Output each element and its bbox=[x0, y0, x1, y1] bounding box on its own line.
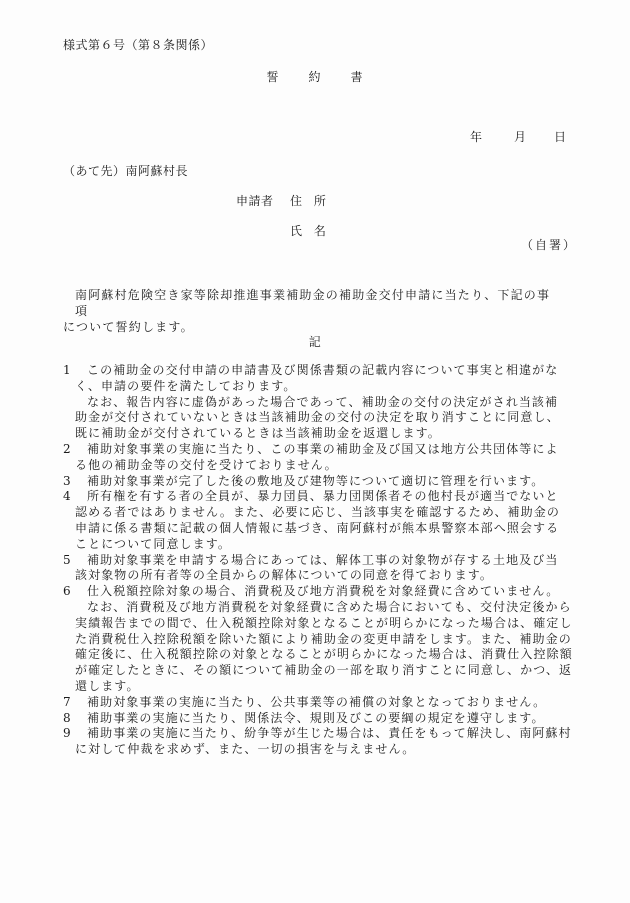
item-text: 補助対象事業の実施に当たり、公共事業等の補償の対象となっておりません。 bbox=[87, 695, 546, 709]
list-item-line: 実績報告までの間で、仕入税額控除対象となることが明らかになった場合は、確定し bbox=[63, 616, 573, 632]
list-item-line: 還します。 bbox=[63, 679, 573, 695]
item-number: 2 bbox=[63, 442, 87, 458]
item-text: く、申請の要件を満たしております。 bbox=[75, 379, 297, 393]
list-item-line: 9補助事業の実施に当たり、紛争等が生じた場合は、責任をもって解決し、南阿蘇村 bbox=[63, 726, 573, 742]
item-number: 1 bbox=[63, 363, 87, 379]
item-text: ことについて同意します。 bbox=[75, 537, 231, 551]
list-item-line: く、申請の要件を満たしております。 bbox=[63, 379, 573, 395]
item-text: 補助事業の実施に当たり、関係法令、規則及びこの要綱の規定を遵守します。 bbox=[87, 711, 545, 725]
list-item-line: が確定したときに、その額について補助金の一部を取り消すことに同意し、かつ、返 bbox=[63, 663, 573, 679]
list-item-line: 5補助対象事業を申請する場合にあっては、解体工事の対象物が存する土地及び当 bbox=[63, 553, 573, 569]
item-text: 仕入税額控除対象の場合、消費税及び地方消費税を対象経費に含めていません。 bbox=[87, 584, 559, 598]
intro-paragraph: 南阿蘇村危険空き家等除却推進事業補助金の補助金交付申請に当たり、下記の事項 につ… bbox=[63, 287, 563, 335]
list-item-line: 2補助対象事業の実施に当たり、この事業の補助金及び国又は地方公共団体等によ bbox=[63, 442, 573, 458]
list-item-line: 既に補助金が交付されているときは当該補助金を返還します。 bbox=[63, 426, 573, 442]
item-number: 3 bbox=[63, 474, 87, 490]
list-item-line: に対して仲裁を求めず、また、一切の損害を与えません。 bbox=[63, 742, 573, 758]
item-text: 既に補助金が交付されているときは当該補助金を返還します。 bbox=[75, 426, 441, 440]
item-text: る他の補助金等の交付を受けておりません。 bbox=[75, 458, 338, 472]
address-label: 住 所 bbox=[290, 192, 330, 209]
item-number: 8 bbox=[63, 711, 87, 727]
pledge-items-list: 1この補助金の交付申請の申請書及び関係書類の記載内容について事実と相違がなく、申… bbox=[63, 363, 573, 758]
item-number: 7 bbox=[63, 695, 87, 711]
list-item-line: る他の補助金等の交付を受けておりません。 bbox=[63, 458, 573, 474]
item-text: 助金が交付されていないときは当該補助金の交付の決定を取り消すことに同意し、 bbox=[75, 410, 560, 424]
name-label: 氏 名 bbox=[290, 222, 330, 239]
item-text: た消費税仕入控除税額を除いた額により補助金の変更申請をします。また、補助金の bbox=[75, 632, 572, 646]
item-number: 9 bbox=[63, 726, 87, 742]
item-text: が確定したときに、その額について補助金の一部を取り消すことに同意し、かつ、返 bbox=[75, 663, 572, 677]
item-text: 該対象物の所有者等の全員からの解体についての同意を得ております。 bbox=[75, 568, 493, 582]
item-text: なお、消費税及び地方消費税を対象経費に含めた場合においても、交付決定後から bbox=[87, 600, 572, 614]
intro-line: 南阿蘇村危険空き家等除却推進事業補助金の補助金交付申請に当たり、下記の事項 bbox=[63, 287, 563, 319]
list-item-line: 6仕入税額控除対象の場合、消費税及び地方消費税を対象経費に含めていません。 bbox=[63, 584, 573, 600]
list-item-line: なお、消費税及び地方消費税を対象経費に含めた場合においても、交付決定後から bbox=[63, 600, 573, 616]
signature-note: （自署） bbox=[521, 236, 577, 253]
date-day-label: 日 bbox=[554, 128, 567, 145]
item-number: 6 bbox=[63, 584, 87, 600]
list-item-line: ことについて同意します。 bbox=[63, 537, 573, 553]
item-text: に対して仲裁を求めず、また、一切の損害を与えません。 bbox=[75, 742, 415, 756]
date-month-label: 月 bbox=[514, 128, 554, 145]
list-item-line: た消費税仕入控除税額を除いた額により補助金の変更申請をします。また、補助金の bbox=[63, 632, 573, 648]
list-item-line: 助金が交付されていないときは当該補助金の交付の決定を取り消すことに同意し、 bbox=[63, 410, 573, 426]
item-text: 所有権を有する者の全員が、暴力団員、暴力団関係者その他村長が適当でないと bbox=[87, 489, 559, 503]
list-item-line: 8補助事業の実施に当たり、関係法令、規則及びこの要綱の規定を遵守します。 bbox=[63, 711, 573, 727]
addressee: （あて先）南阿蘇村長 bbox=[63, 162, 188, 179]
item-text: 補助対象事業の実施に当たり、この事業の補助金及び国又は地方公共団体等によ bbox=[87, 442, 559, 456]
item-text: この補助金の交付申請の申請書及び関係書類の記載内容について事実と相違がな bbox=[87, 363, 558, 377]
date-line: 年月日 bbox=[470, 128, 567, 145]
item-number: 5 bbox=[63, 553, 87, 569]
list-item-line: 認める者ではありません。また、必要に応じ、当該事実を確認するため、補助金の bbox=[63, 505, 573, 521]
item-text: 補助対象事業を申請する場合にあっては、解体工事の対象物が存する土地及び当 bbox=[87, 553, 558, 567]
item-text: 申請に係る書類に記載の個人情報に基づき、南阿蘇村が熊本県警察本部へ照会する bbox=[75, 521, 559, 535]
item-text: 認める者ではありません。また、必要に応じ、当該事実を確認するため、補助金の bbox=[75, 505, 560, 519]
list-item-line: 4所有権を有する者の全員が、暴力団員、暴力団関係者その他村長が適当でないと bbox=[63, 489, 573, 505]
item-text: 補助事業の実施に当たり、紛争等が生じた場合は、責任をもって解決し、南阿蘇村 bbox=[87, 726, 572, 740]
item-text: 確定後に、仕入税額控除の対象となることが明らかになった場合は、消費仕入控除額 bbox=[75, 647, 573, 661]
list-item-line: なお、報告内容に虚偽があった場合であって、補助金の交付の決定がされ当該補 bbox=[63, 395, 573, 411]
list-item-line: 申請に係る書類に記載の個人情報に基づき、南阿蘇村が熊本県警察本部へ照会する bbox=[63, 521, 573, 537]
list-item-line: 1この補助金の交付申請の申請書及び関係書類の記載内容について事実と相違がな bbox=[63, 363, 573, 379]
item-text: 実績報告までの間で、仕入税額控除対象となることが明らかになった場合は、確定し bbox=[75, 616, 573, 630]
list-item-line: 3補助対象事業が完了した後の敷地及び建物等について適切に管理を行います。 bbox=[63, 474, 573, 490]
list-item-line: 7補助対象事業の実施に当たり、公共事業等の補償の対象となっておりません。 bbox=[63, 695, 573, 711]
applicant-label: 申請者 bbox=[236, 192, 274, 209]
item-text: なお、報告内容に虚偽があった場合であって、補助金の交付の決定がされ当該補 bbox=[87, 395, 558, 409]
item-text: 補助対象事業が完了した後の敷地及び建物等について適切に管理を行います。 bbox=[87, 474, 544, 488]
form-number: 様式第６号（第８条関係） bbox=[63, 36, 213, 53]
date-year-label: 年 bbox=[470, 128, 514, 145]
document-title: 誓 約 書 bbox=[0, 68, 630, 85]
item-text: 還します。 bbox=[75, 679, 140, 693]
list-item-line: 確定後に、仕入税額控除の対象となることが明らかになった場合は、消費仕入控除額 bbox=[63, 647, 573, 663]
item-number: 4 bbox=[63, 489, 87, 505]
list-item-line: 該対象物の所有者等の全員からの解体についての同意を得ております。 bbox=[63, 568, 573, 584]
ki-heading: 記 bbox=[0, 333, 630, 350]
